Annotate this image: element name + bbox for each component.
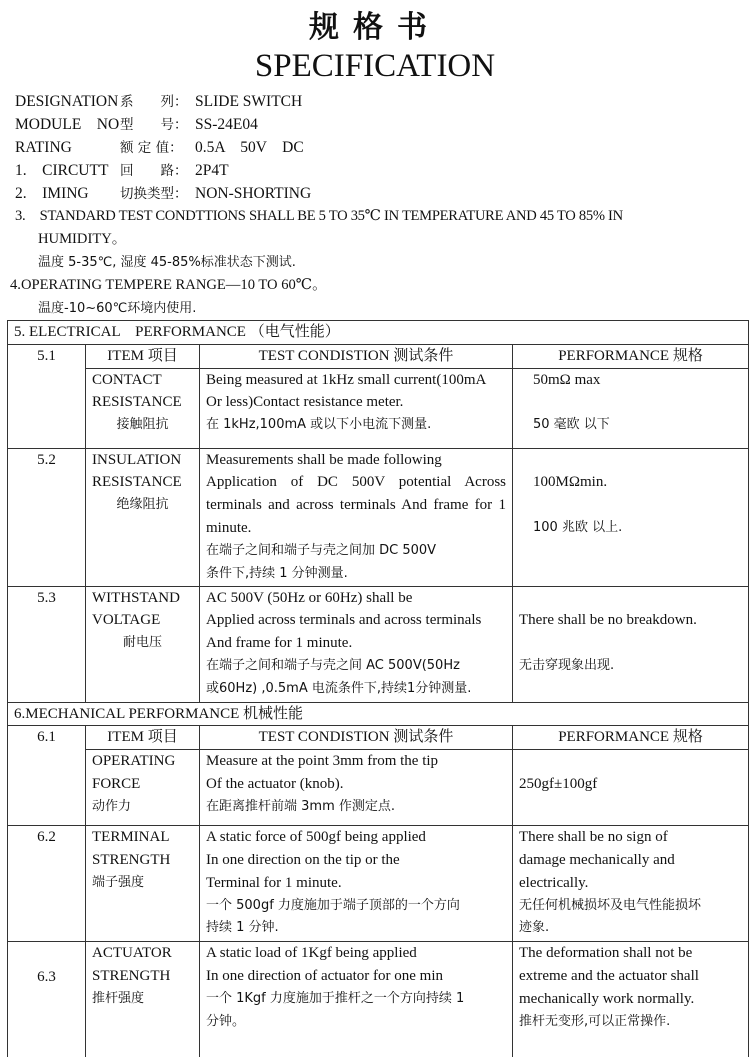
performance-cell: There shall be no sign of damage mechani… [513, 826, 749, 942]
info-cn-label: 型 号： [120, 114, 195, 137]
table-row: 5.3 WITHSTAND VOLTAGE 耐电压 AC 500V (50Hz … [8, 586, 749, 702]
test-condition-cell: A static force of 500gf being applied In… [200, 826, 513, 942]
info-cn-label: 额 定 值： [120, 137, 195, 160]
note-3-chinese: 温度 5-35℃, 湿度 45-85%标准状态下测试. [38, 251, 296, 274]
specification-table: 5. ELECTRICAL PERFORMANCE （电气性能） 5.1 ITE… [7, 320, 749, 1057]
info-key: 1. CIRCUTT [15, 159, 120, 182]
section-header-mechanical: 6.MECHANICAL PERFORMANCE 机械性能 [8, 702, 749, 726]
info-value: SS-24E04 [195, 113, 258, 136]
row-number: 5.3 [8, 586, 86, 702]
info-value: NON-SHORTING [195, 182, 311, 205]
column-header-item: ITEM 项目 [86, 344, 200, 368]
section-title: 6.MECHANICAL PERFORMANCE 机械性能 [8, 702, 749, 726]
row-number: 6.1 [8, 726, 86, 826]
item-cell: ACTUATOR STRENGTH 推杆强度 [86, 942, 200, 1057]
column-header-performance: PERFORMANCE 规格 [513, 344, 749, 368]
document-title: SPECIFICATION [0, 48, 750, 85]
info-key: RATING [15, 136, 120, 159]
info-value: 0.5A 50V DC [195, 136, 304, 159]
info-cn-label: 切换类型： [120, 183, 195, 206]
info-value: 2P4T [195, 159, 229, 182]
info-key: MODULE NO [15, 113, 120, 136]
item-cell: INSULATION RESISTANCE 绝缘阻抗 [86, 448, 200, 586]
performance-cell: 100MΩmin. 100 兆欧 以上. [513, 448, 749, 586]
item-cell: TERMINAL STRENGTH 端子强度 [86, 826, 200, 942]
section-title: 5. ELECTRICAL PERFORMANCE （电气性能） [8, 321, 749, 345]
row-number: 5.1 [8, 344, 86, 448]
document-title-chinese: 规格书 [0, 2, 750, 46]
column-header-test: TEST CONDISTION 测试条件 [200, 726, 513, 750]
note-3-line1: 3. STANDARD TEST CONDTTIONS SHALL BE 5 T… [15, 205, 623, 228]
item-cell: OPERATING FORCE 动作力 [86, 750, 200, 826]
performance-cell: 250gf±100gf [513, 750, 749, 826]
performance-cell: 50mΩ max 50 毫欧 以下 [513, 368, 749, 448]
row-number: 6.3 [8, 942, 86, 1057]
note-4-line1: 4.OPERATING TEMPERE RANGE—10 TO 60℃。 [10, 274, 327, 297]
row-number: 6.2 [8, 826, 86, 942]
performance-cell: There shall be no breakdown. 无击穿现象出现. [513, 586, 749, 702]
info-rating: RATING额 定 值：0.5A 50V DC [15, 136, 304, 160]
test-condition-cell: Measure at the point 3mm from the tip Of… [200, 750, 513, 826]
table-row: CONTACT RESISTANCE 接触阻抗 Being measured a… [8, 368, 749, 448]
table-row: 6.3 ACTUATOR STRENGTH 推杆强度 A static load… [8, 942, 749, 1057]
info-cn-label: 回 路： [120, 160, 195, 183]
info-circuit: 1. CIRCUTT回 路：2P4T [15, 159, 229, 183]
table-row: 5.2 INSULATION RESISTANCE 绝缘阻抗 Measureme… [8, 448, 749, 586]
note-3-line2: HUMIDITY。 [38, 228, 126, 251]
performance-cell: The deformation shall not be extreme and… [513, 942, 749, 1057]
column-header-test: TEST CONDISTION 测试条件 [200, 344, 513, 368]
info-cn-label: 系 列： [120, 91, 195, 114]
column-header-item: ITEM 项目 [86, 726, 200, 750]
info-key: 2. IMING [15, 182, 120, 205]
table-header-row: 5.1 ITEM 项目 TEST CONDISTION 测试条件 PERFORM… [8, 344, 749, 368]
table-row: 6.2 TERMINAL STRENGTH 端子强度 A static forc… [8, 826, 749, 942]
test-condition-cell: A static load of 1Kgf being applied In o… [200, 942, 513, 1057]
info-value: SLIDE SWITCH [195, 90, 302, 113]
info-module-no: MODULE NO型 号：SS-24E04 [15, 113, 258, 137]
item-cell: WITHSTAND VOLTAGE 耐电压 [86, 586, 200, 702]
test-condition-cell: Being measured at 1kHz small current(100… [200, 368, 513, 448]
table-row: OPERATING FORCE 动作力 Measure at the point… [8, 750, 749, 826]
row-number: 5.2 [8, 448, 86, 586]
info-designation: DESIGNATION系 列：SLIDE SWITCH [15, 90, 302, 114]
section-header-electrical: 5. ELECTRICAL PERFORMANCE （电气性能） [8, 321, 749, 345]
info-timing: 2. IMING切换类型：NON-SHORTING [15, 182, 311, 206]
test-condition-cell: AC 500V (50Hz or 60Hz) shall be Applied … [200, 586, 513, 702]
item-cell: CONTACT RESISTANCE 接触阻抗 [86, 368, 200, 448]
column-header-performance: PERFORMANCE 规格 [513, 726, 749, 750]
note-4-chinese: 温度-10~60℃环境内使用. [38, 297, 196, 320]
info-key: DESIGNATION [15, 90, 120, 113]
test-condition-cell: Measurements shall be made following App… [200, 448, 513, 586]
table-header-row: 6.1 ITEM 项目 TEST CONDISTION 测试条件 PERFORM… [8, 726, 749, 750]
